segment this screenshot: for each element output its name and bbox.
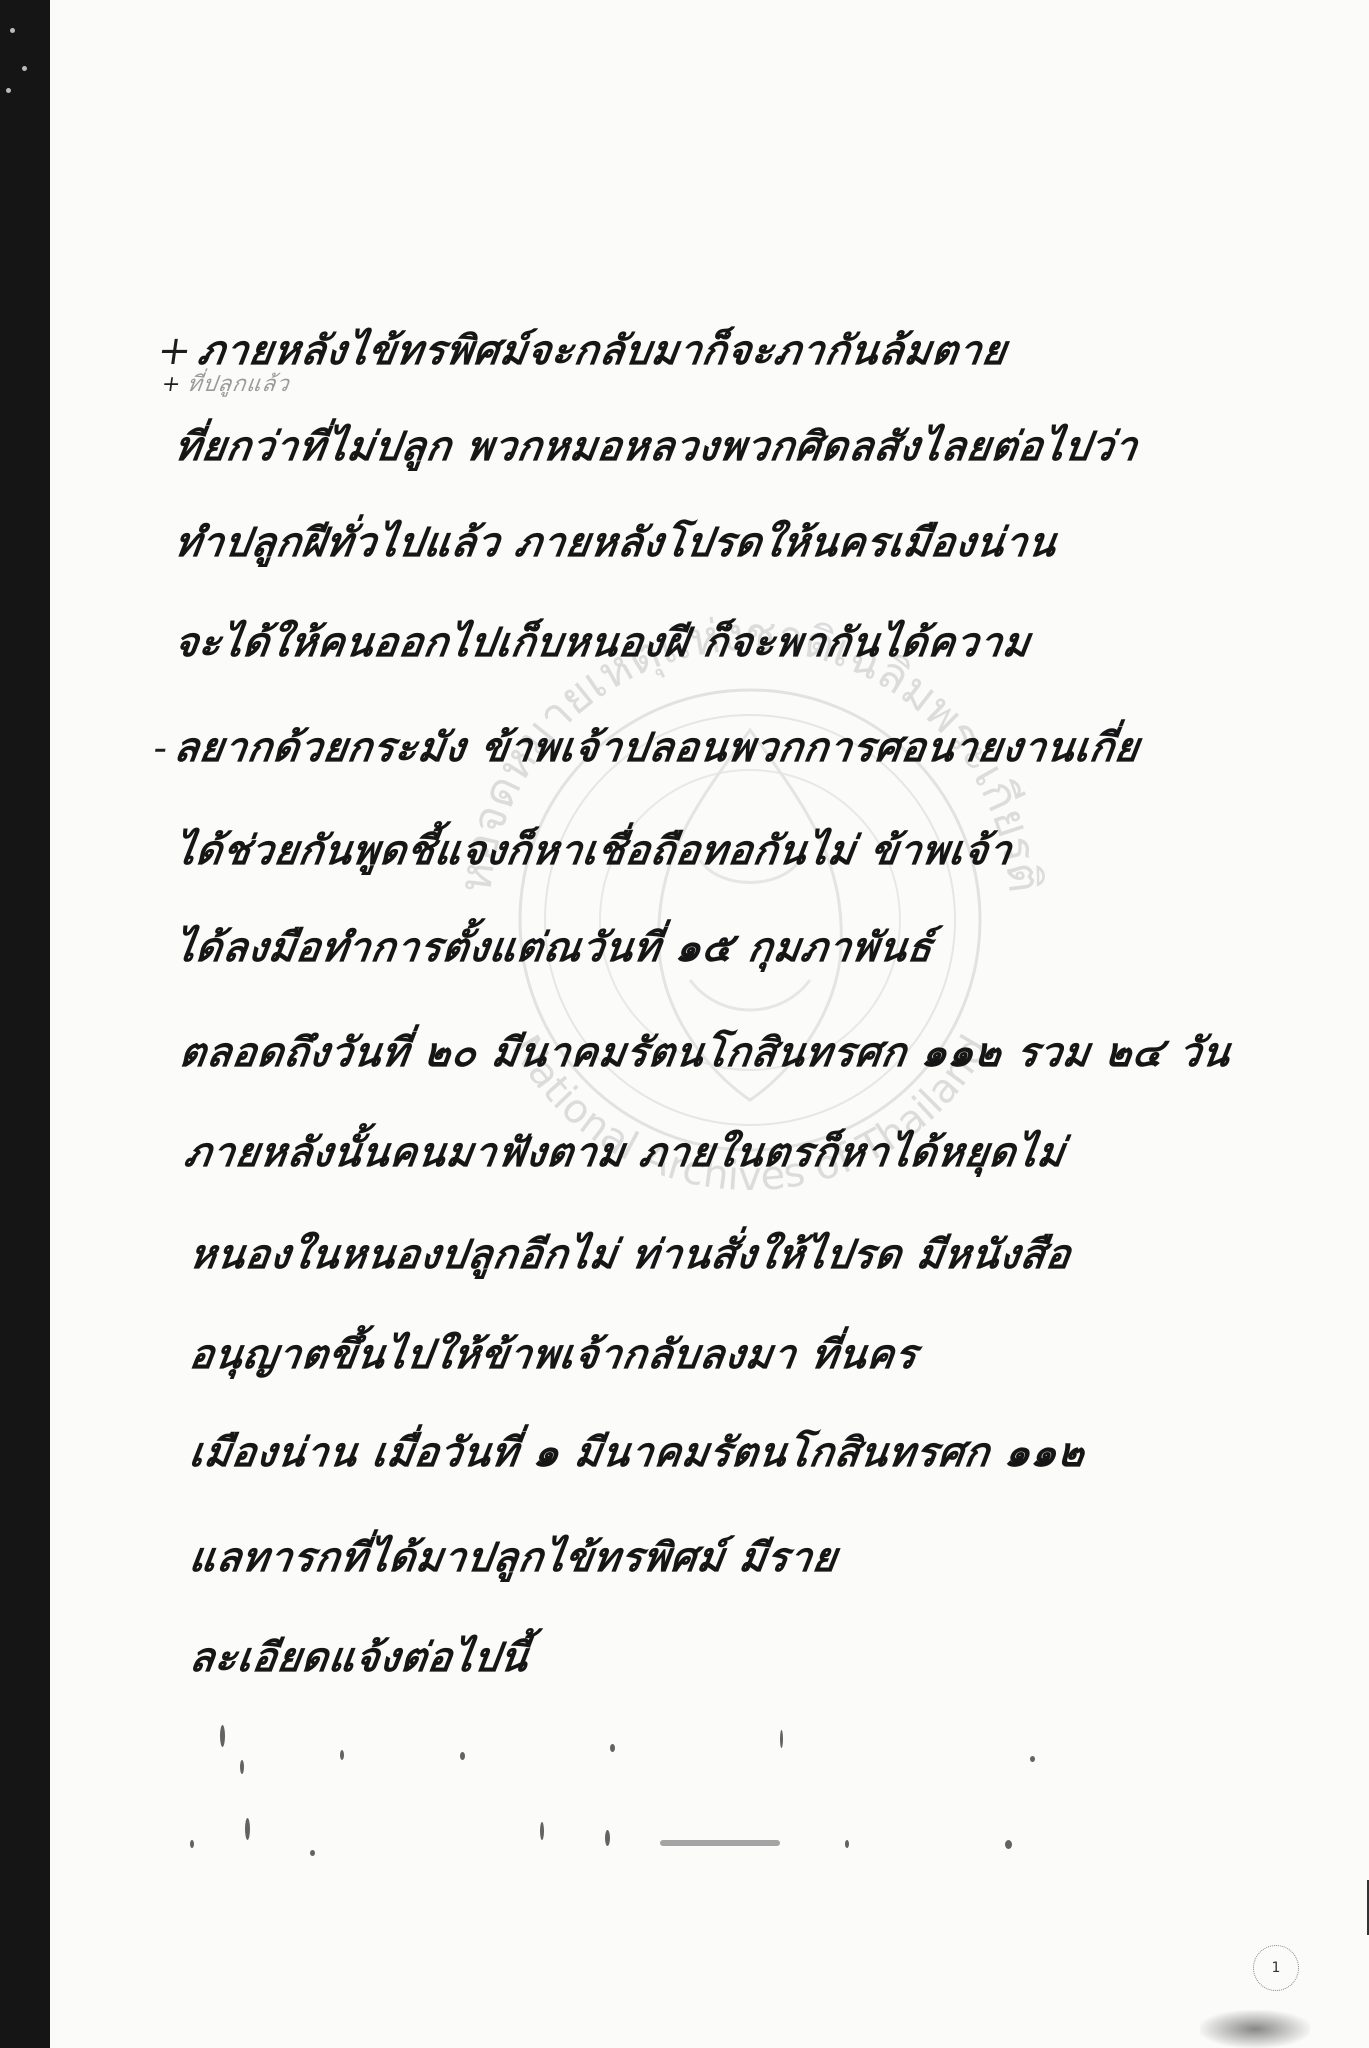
manuscript-line-2: ที่ยกว่าที่ไม่ปลูก พวกหมอหลวงพวกศิดลสังไ… — [171, 414, 1143, 478]
manuscript-line-4: จะได้ให้คนออกไปเก็บหนองฝี ก็จะพากันได้คว… — [171, 610, 1035, 674]
dust-speck — [10, 28, 15, 33]
line-text: ตลอดถึงวันที่ ๒๐ มีนาคมรัตนโกสินทรศก ๑๑๒… — [177, 1029, 1234, 1076]
line-text: อนุญาตขึ้นไปให้ข้าพเจ้ากลับลงมา ที่นคร — [187, 1331, 921, 1378]
line-text: ได้ลงมือทำการตั้งแต่ณวันที่ ๑๕ กุมภาพันธ… — [172, 924, 937, 971]
page-number-mark: 1 — [1253, 1945, 1299, 1991]
illegible-row-2 — [190, 1810, 1090, 1870]
manuscript-line-7: ได้ลงมือทำการตั้งแต่ณวันที่ ๑๕ กุมภาพันธ… — [171, 915, 938, 979]
scan-speckles — [1200, 2010, 1310, 2048]
manuscript-line-12: เมืองน่าน เมื่อวันที่ ๑ มีนาคมรัตนโกสินท… — [186, 1420, 1090, 1484]
line-text: ลยากด้วยกระมัง ข้าพเจ้าปลอนพวกการศอนายงา… — [171, 724, 1143, 771]
manuscript-line-10: หนองในหนองปลูกอีกไม่ ท่านสั่งให้ไปรด มีห… — [186, 1222, 1076, 1286]
manuscript-line-14: ละเอียดแจ้งต่อไปนี้ — [186, 1625, 534, 1689]
manuscript-page: หอจดหมายเหตุแห่งชาติเฉลิมพระเกียรติ Nati… — [50, 0, 1369, 2048]
line-text: แลทารกที่ได้มาปลูกไข้ทรพิศม์ มีราย — [187, 1534, 841, 1581]
line-text: จะได้ให้คนออกไปเก็บหนองฝี ก็จะพากันได้คว… — [172, 619, 1034, 666]
manuscript-line-6: ได้ช่วยกันพูดชี้แจงก็หาเชื่อถือทอกันไม่ … — [171, 818, 1017, 882]
dust-speck — [6, 88, 11, 93]
line-text: ทำปลูกฝีทั่วไปแล้ว ภายหลังโปรดให้นครเมือ… — [172, 519, 1060, 566]
page-number-text: 1 — [1272, 1960, 1281, 1976]
margin-note-text: ที่ปลูกแล้ว — [186, 372, 292, 397]
manuscript-line-9: ภายหลังนั้นคนมาฟังตาม ภายในตรก็หาได้หยุด… — [181, 1120, 1070, 1184]
manuscript-line-8: ตลอดถึงวันที่ ๒๐ มีนาคมรัตนโกสินทรศก ๑๑๒… — [176, 1020, 1236, 1084]
dash-marker: - — [151, 725, 172, 771]
illegible-row-1 — [200, 1720, 1050, 1780]
handwritten-text-block: +ภายหลังไข้ทรพิศม์จะกลับมาก็จะภากันล้มตา… — [50, 0, 1369, 2048]
line-text: ละเอียดแจ้งต่อไปนี้ — [187, 1634, 532, 1681]
scan-border — [0, 0, 50, 2048]
line-text: หนองในหนองปลูกอีกไม่ ท่านสั่งให้ไปรด มีห… — [187, 1231, 1075, 1278]
dust-speck — [22, 66, 27, 71]
line-text: ภายหลังไข้ทรพิศม์จะกลับมาก็จะภากันล้มตาย — [195, 327, 1010, 374]
line-text: ที่ยกว่าที่ไม่ปลูก พวกหมอหลวงพวกศิดลสังไ… — [172, 423, 1141, 470]
manuscript-line-13: แลทารกที่ได้มาปลูกไข้ทรพิศม์ มีราย — [186, 1525, 842, 1589]
manuscript-line-5: -ลยากด้วยกระมัง ข้าพเจ้าปลอนพวกการศอนายง… — [150, 715, 1145, 779]
margin-note: +ที่ปลูกแล้ว — [160, 366, 293, 401]
line-text: ภายหลังนั้นคนมาฟังตาม ภายในตรก็หาได้หยุด… — [182, 1129, 1068, 1176]
line-text: ได้ช่วยกันพูดชี้แจงก็หาเชื่อถือทอกันไม่ … — [172, 827, 1016, 874]
line-text: เมืองน่าน เมื่อวันที่ ๑ มีนาคมรัตนโกสินท… — [187, 1429, 1089, 1476]
manuscript-line-3: ทำปลูกฝีทั่วไปแล้ว ภายหลังโปรดให้นครเมือ… — [171, 510, 1062, 574]
manuscript-line-11: อนุญาตขึ้นไปให้ข้าพเจ้ากลับลงมา ที่นคร — [186, 1322, 923, 1386]
insertion-marker: + — [160, 372, 183, 397]
